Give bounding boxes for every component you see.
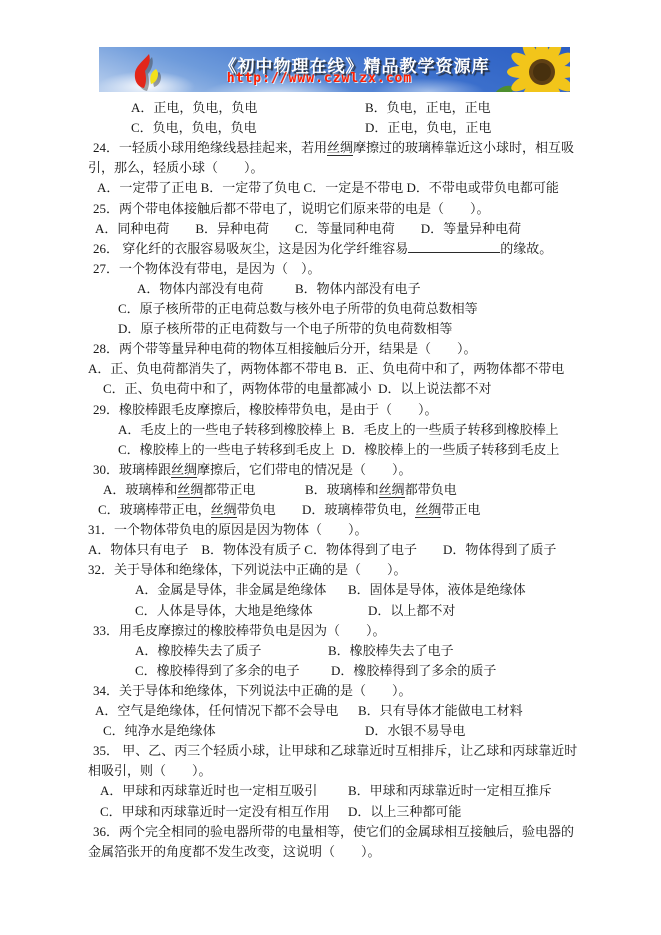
text-segment: 28．两个带等量异种电荷的物体互相接触后分开，结果是（ ）。 xyxy=(93,341,477,356)
text-chunk: C．负电，负电，负电 xyxy=(131,118,257,138)
text-segment: 32．关于导体和绝缘体，下列说法中正确的是（ ）。 xyxy=(88,562,407,577)
text-chunk: D．以上都不对 xyxy=(368,601,455,621)
document-line: A．金属是导体，非金属是绝缘体B．固体是导体，液体是绝缘体 xyxy=(0,580,661,600)
document-line: A．正电，负电，负电B．负电，正电，正电 xyxy=(0,98,661,118)
text-segment: 31．一个物体带负电的原因是因为物体（ ）。 xyxy=(88,522,368,537)
text-segment: 25．两个带电体接触后都不带电了，说明它们原来带的电是（ ）。 xyxy=(93,201,490,216)
underlined-text: 丝绸 xyxy=(415,502,441,518)
text-chunk: A．物体内部没有电荷 xyxy=(137,279,263,299)
text-segment: C．原子核所带的正电荷总数与核外电子所带的负电荷总数相等 xyxy=(118,301,478,316)
text-segment: A．一定带了正电 B．一定带了负电 C．一定是不带电 D．不带电或带负电都可能 xyxy=(97,180,559,195)
text-chunk: 34．关于导体和绝缘体，下列说法中正确的是（ ）。 xyxy=(93,681,412,701)
text-segment: 36．两个完全相同的验电器所带的电量相等，使它们的金属球相互接触后，验电器的 xyxy=(93,824,574,839)
text-chunk: D．水银不易导电 xyxy=(365,721,465,741)
document-line: 27．一个物体没有带电，是因为（ ）。 xyxy=(0,259,661,279)
text-segment: A．正电，负电，负电 xyxy=(131,100,257,115)
text-chunk: A．毛皮上的一些电子转移到橡胶棒上 xyxy=(118,420,335,440)
text-segment: A．甲球和丙球靠近时也一定相互吸引 xyxy=(100,783,317,798)
document-line: 34．关于导体和绝缘体，下列说法中正确的是（ ）。 xyxy=(0,681,661,701)
text-segment: 带正电 xyxy=(441,502,480,517)
text-chunk: C．甲球和丙球靠近时一定没有相互作用 xyxy=(100,802,330,822)
document-line: C．橡胶棒得到了多余的电子D．橡胶棒得到了多余的质子 xyxy=(0,661,661,681)
text-segment: A．空气是绝缘体，任何情况下都不会导电 xyxy=(95,703,338,718)
text-chunk: 相吸引，则（ ）。 xyxy=(88,761,212,781)
text-chunk: A．正、负电荷都消失了，两物体都不带电 B．正、负电荷中和了，两物体都不带电 xyxy=(88,359,564,379)
document-line: A．橡胶棒失去了质子B．橡胶棒失去了电子 xyxy=(0,641,661,661)
document-line: 36．两个完全相同的验电器所带的电量相等，使它们的金属球相互接触后，验电器的 xyxy=(0,822,661,842)
text-chunk: C．玻璃棒带正电，丝绸带负电 xyxy=(98,500,276,520)
text-chunk: A．物体只有电子 B．物体没有质子 C．物体得到了电子 D．物体得到了质子 xyxy=(88,540,556,560)
document-line: C．甲球和丙球靠近时一定没有相互作用D．以上三种都可能 xyxy=(0,802,661,822)
document-line: 35． 甲、乙、丙三个轻质小球，让甲球和乙球靠近时互相排斥，让乙球和丙球靠近时 xyxy=(0,741,661,761)
text-segment: B．只有导体才能做电工材料 xyxy=(358,703,523,718)
text-chunk: 28．两个带等量异种电荷的物体互相接触后分开，结果是（ ）。 xyxy=(93,339,477,359)
document-body: A．正电，负电，负电B．负电，正电，正电C．负电，负电，负电D．正电，负电，正电… xyxy=(0,0,661,935)
text-segment: 摩擦后，它们带电的情况是（ ）。 xyxy=(197,462,412,477)
text-segment: C．正、负电荷中和了，两物体带的电量都减小 D．以上说法都不对 xyxy=(103,381,492,396)
worksheet-page: 《初中物理在线》精品教学资源库 http://www.czwlzx.com xyxy=(0,0,661,935)
underlined-text: 丝绸 xyxy=(171,462,197,478)
text-segment: 24．一轻质小球用绝缘线悬挂起来，若用 xyxy=(93,140,327,155)
text-chunk: D．正电，负电，正电 xyxy=(365,118,491,138)
text-segment: D．原子核所带的正电荷数与一个电子所带的负电荷数相等 xyxy=(118,321,452,336)
document-line: D．原子核所带的正电荷数与一个电子所带的负电荷数相等 xyxy=(0,319,661,339)
text-segment: 带负电 xyxy=(237,502,276,517)
document-line: C．人体是导体，大地是绝缘体D．以上都不对 xyxy=(0,601,661,621)
text-chunk: B．物体内部没有电子 xyxy=(295,279,421,299)
document-line: 26． 穿化纤的衣服容易吸灰尘，这是因为化学纤维容易的缘故。 xyxy=(0,239,661,259)
underlined-text: 丝绸 xyxy=(327,140,353,156)
text-chunk: 24．一轻质小球用绝缘线悬挂起来，若用丝绸摩擦过的玻璃棒靠近这小球时，相互吸 xyxy=(93,138,574,158)
document-line: 24．一轻质小球用绝缘线悬挂起来，若用丝绸摩擦过的玻璃棒靠近这小球时，相互吸 xyxy=(0,138,661,158)
text-segment: 都带负电 xyxy=(405,482,457,497)
document-line: A．玻璃棒和丝绸都带正电B．玻璃棒和丝绸都带负电 xyxy=(0,480,661,500)
text-chunk: B．甲球和丙球靠近时一定相互推斥 xyxy=(348,781,552,801)
text-chunk: C．人体是导体，大地是绝缘体 xyxy=(135,601,313,621)
text-chunk: B．毛皮上的一些质子转移到橡胶棒上 xyxy=(342,420,559,440)
document-line: C．纯净水是绝缘体D．水银不易导电 xyxy=(0,721,661,741)
text-segment: D．以上三种都可能 xyxy=(348,804,461,819)
document-line: 相吸引，则（ ）。 xyxy=(0,761,661,781)
text-chunk: A．正电，负电，负电 xyxy=(131,98,257,118)
document-line: A．一定带了正电 B．一定带了负电 C．一定是不带电 D．不带电或带负电都可能 xyxy=(0,178,661,198)
text-segment: D．橡胶棒得到了多余的质子 xyxy=(331,663,496,678)
text-chunk: 金属箔张开的角度都不发生改变，这说明（ ）。 xyxy=(88,842,381,862)
text-segment: A．物体只有电子 B．物体没有质子 C．物体得到了电子 D．物体得到了质子 xyxy=(88,542,556,557)
text-segment: A．玻璃棒和 xyxy=(103,482,177,497)
underlined-text: 丝绸 xyxy=(177,482,203,498)
text-segment: C．纯净水是绝缘体 xyxy=(103,723,216,738)
text-segment: B．甲球和丙球靠近时一定相互推斥 xyxy=(348,783,552,798)
text-chunk: B．固体是导体，液体是绝缘体 xyxy=(348,580,526,600)
text-chunk: C．橡胶棒得到了多余的电子 xyxy=(135,661,300,681)
text-segment: 26． 穿化纤的衣服容易吸灰尘，这是因为化学纤维容易 xyxy=(93,241,408,256)
document-line: C．玻璃棒带正电，丝绸带负电D．玻璃棒带负电，丝绸带正电 xyxy=(0,500,661,520)
text-chunk: A．一定带了正电 B．一定带了负电 C．一定是不带电 D．不带电或带负电都可能 xyxy=(97,178,559,198)
document-line: 33．用毛皮摩擦过的橡胶棒带负电是因为（ ）。 xyxy=(0,621,661,641)
text-chunk: 26． 穿化纤的衣服容易吸灰尘，这是因为化学纤维容易的缘故。 xyxy=(93,239,552,259)
underlined-text: 丝绸 xyxy=(211,502,237,518)
text-segment: B．橡胶棒失去了电子 xyxy=(328,643,454,658)
document-line: A．物体只有电子 B．物体没有质子 C．物体得到了电子 D．物体得到了质子 xyxy=(0,540,661,560)
text-chunk: 35． 甲、乙、丙三个轻质小球，让甲球和乙球靠近时互相排斥，让乙球和丙球靠近时 xyxy=(93,741,577,761)
document-line: C．负电，负电，负电D．正电，负电，正电 xyxy=(0,118,661,138)
document-line: A．同种电荷 B．异种电荷 C．等量同种电荷 D．等量异种电荷 xyxy=(0,219,661,239)
text-chunk: D．以上三种都可能 xyxy=(348,802,461,822)
text-segment: B．玻璃棒和 xyxy=(305,482,379,497)
text-chunk: 36．两个完全相同的验电器所带的电量相等，使它们的金属球相互接触后，验电器的 xyxy=(93,822,574,842)
text-segment: 的缘故。 xyxy=(500,241,552,256)
text-chunk: D．玻璃棒带负电，丝绸带正电 xyxy=(302,500,480,520)
text-segment: B．固体是导体，液体是绝缘体 xyxy=(348,582,526,597)
document-line: C．原子核所带的正电荷总数与核外电子所带的负电荷总数相等 xyxy=(0,299,661,319)
document-line: A．空气是绝缘体，任何情况下都不会导电B．只有导体才能做电工材料 xyxy=(0,701,661,721)
text-segment: D．水银不易导电 xyxy=(365,723,465,738)
text-chunk: B．玻璃棒和丝绸都带负电 xyxy=(305,480,457,500)
text-segment: 34．关于导体和绝缘体，下列说法中正确的是（ ）。 xyxy=(93,683,412,698)
text-segment: D．正电，负电，正电 xyxy=(365,120,491,135)
text-segment: C．负电，负电，负电 xyxy=(131,120,257,135)
text-segment: 相吸引，则（ ）。 xyxy=(88,763,212,778)
text-chunk: 29．橡胶棒跟毛皮摩擦后，橡胶棒带负电，是由于（ ）。 xyxy=(93,400,438,420)
text-segment: C．人体是导体，大地是绝缘体 xyxy=(135,603,313,618)
text-chunk: B．只有导体才能做电工材料 xyxy=(358,701,523,721)
text-chunk: 25．两个带电体接触后都不带电了，说明它们原来带的电是（ ）。 xyxy=(93,199,490,219)
text-segment: A．正、负电荷都消失了，两物体都不带电 B．正、负电荷中和了，两物体都不带电 xyxy=(88,361,564,376)
document-line: A．正、负电荷都消失了，两物体都不带电 B．正、负电荷中和了，两物体都不带电 xyxy=(0,359,661,379)
document-line: A．甲球和丙球靠近时也一定相互吸引B．甲球和丙球靠近时一定相互推斥 xyxy=(0,781,661,801)
document-line: 31．一个物体带负电的原因是因为物体（ ）。 xyxy=(0,520,661,540)
text-segment: C．甲球和丙球靠近时一定没有相互作用 xyxy=(100,804,330,819)
text-chunk: A．金属是导体，非金属是绝缘体 xyxy=(135,580,326,600)
text-segment: D．橡胶棒上的一些质子转移到毛皮上 xyxy=(342,442,559,457)
text-chunk: C．纯净水是绝缘体 xyxy=(103,721,216,741)
document-line: 32．关于导体和绝缘体，下列说法中正确的是（ ）。 xyxy=(0,560,661,580)
text-segment: C．玻璃棒带正电， xyxy=(98,502,211,517)
text-segment: C．橡胶棒上的一些电子转移到毛皮上 xyxy=(118,442,335,457)
text-chunk: 30．玻璃棒跟丝绸摩擦后，它们带电的情况是（ ）。 xyxy=(93,460,412,480)
text-segment: A．物体内部没有电荷 xyxy=(137,281,263,296)
text-chunk: A．空气是绝缘体，任何情况下都不会导电 xyxy=(95,701,338,721)
text-segment: A．同种电荷 B．异种电荷 C．等量同种电荷 D．等量异种电荷 xyxy=(95,221,521,236)
fill-in-blank xyxy=(408,239,500,253)
document-line: C．正、负电荷中和了，两物体带的电量都减小 D．以上说法都不对 xyxy=(0,379,661,399)
text-segment: 金属箔张开的角度都不发生改变，这说明（ ）。 xyxy=(88,844,381,859)
document-line: 29．橡胶棒跟毛皮摩擦后，橡胶棒带负电，是由于（ ）。 xyxy=(0,400,661,420)
text-chunk: 33．用毛皮摩擦过的橡胶棒带负电是因为（ ）。 xyxy=(93,621,386,641)
document-line: A．毛皮上的一些电子转移到橡胶棒上B．毛皮上的一些质子转移到橡胶棒上 xyxy=(0,420,661,440)
document-line: 28．两个带等量异种电荷的物体互相接触后分开，结果是（ ）。 xyxy=(0,339,661,359)
text-segment: D．玻璃棒带负电， xyxy=(302,502,415,517)
text-chunk: A．同种电荷 B．异种电荷 C．等量同种电荷 D．等量异种电荷 xyxy=(95,219,521,239)
document-line: 金属箔张开的角度都不发生改变，这说明（ ）。 xyxy=(0,842,661,862)
text-chunk: B．负电，正电，正电 xyxy=(365,98,491,118)
text-chunk: D．原子核所带的正电荷数与一个电子所带的负电荷数相等 xyxy=(118,319,452,339)
document-line: C．橡胶棒上的一些电子转移到毛皮上D．橡胶棒上的一些质子转移到毛皮上 xyxy=(0,440,661,460)
text-chunk: 引，那么，轻质小球（ ）。 xyxy=(88,158,264,178)
text-segment: C．橡胶棒得到了多余的电子 xyxy=(135,663,300,678)
text-segment: 35． 甲、乙、丙三个轻质小球，让甲球和乙球靠近时互相排斥，让乙球和丙球靠近时 xyxy=(93,743,577,758)
text-segment: 27．一个物体没有带电，是因为（ ）。 xyxy=(93,261,321,276)
text-segment: A．毛皮上的一些电子转移到橡胶棒上 xyxy=(118,422,335,437)
text-segment: B．物体内部没有电子 xyxy=(295,281,421,296)
text-segment: B．负电，正电，正电 xyxy=(365,100,491,115)
text-chunk: C．原子核所带的正电荷总数与核外电子所带的负电荷总数相等 xyxy=(118,299,478,319)
text-chunk: C．正、负电荷中和了，两物体带的电量都减小 D．以上说法都不对 xyxy=(103,379,492,399)
text-chunk: A．橡胶棒失去了质子 xyxy=(135,641,261,661)
document-line: A．物体内部没有电荷B．物体内部没有电子 xyxy=(0,279,661,299)
text-chunk: D．橡胶棒上的一些质子转移到毛皮上 xyxy=(342,440,559,460)
document-line: 30．玻璃棒跟丝绸摩擦后，它们带电的情况是（ ）。 xyxy=(0,460,661,480)
text-chunk: 32．关于导体和绝缘体，下列说法中正确的是（ ）。 xyxy=(88,560,407,580)
text-chunk: A．甲球和丙球靠近时也一定相互吸引 xyxy=(100,781,317,801)
text-segment: D．以上都不对 xyxy=(368,603,455,618)
text-chunk: C．橡胶棒上的一些电子转移到毛皮上 xyxy=(118,440,335,460)
document-line: 25．两个带电体接触后都不带电了，说明它们原来带的电是（ ）。 xyxy=(0,199,661,219)
text-segment: B．毛皮上的一些质子转移到橡胶棒上 xyxy=(342,422,559,437)
document-line: 引，那么，轻质小球（ ）。 xyxy=(0,158,661,178)
text-segment: 引，那么，轻质小球（ ）。 xyxy=(88,160,264,175)
text-segment: 30．玻璃棒跟 xyxy=(93,462,171,477)
underlined-text: 丝绸 xyxy=(379,482,405,498)
text-chunk: 31．一个物体带负电的原因是因为物体（ ）。 xyxy=(88,520,368,540)
text-chunk: D．橡胶棒得到了多余的质子 xyxy=(331,661,496,681)
text-chunk: B．橡胶棒失去了电子 xyxy=(328,641,454,661)
text-chunk: 27．一个物体没有带电，是因为（ ）。 xyxy=(93,259,321,279)
text-chunk: A．玻璃棒和丝绸都带正电 xyxy=(103,480,255,500)
text-segment: A．橡胶棒失去了质子 xyxy=(135,643,261,658)
text-segment: A．金属是导体，非金属是绝缘体 xyxy=(135,582,326,597)
text-segment: 29．橡胶棒跟毛皮摩擦后，橡胶棒带负电，是由于（ ）。 xyxy=(93,402,438,417)
text-segment: 都带正电 xyxy=(203,482,255,497)
text-segment: 33．用毛皮摩擦过的橡胶棒带负电是因为（ ）。 xyxy=(93,623,386,638)
text-segment: 摩擦过的玻璃棒靠近这小球时，相互吸 xyxy=(353,140,574,155)
